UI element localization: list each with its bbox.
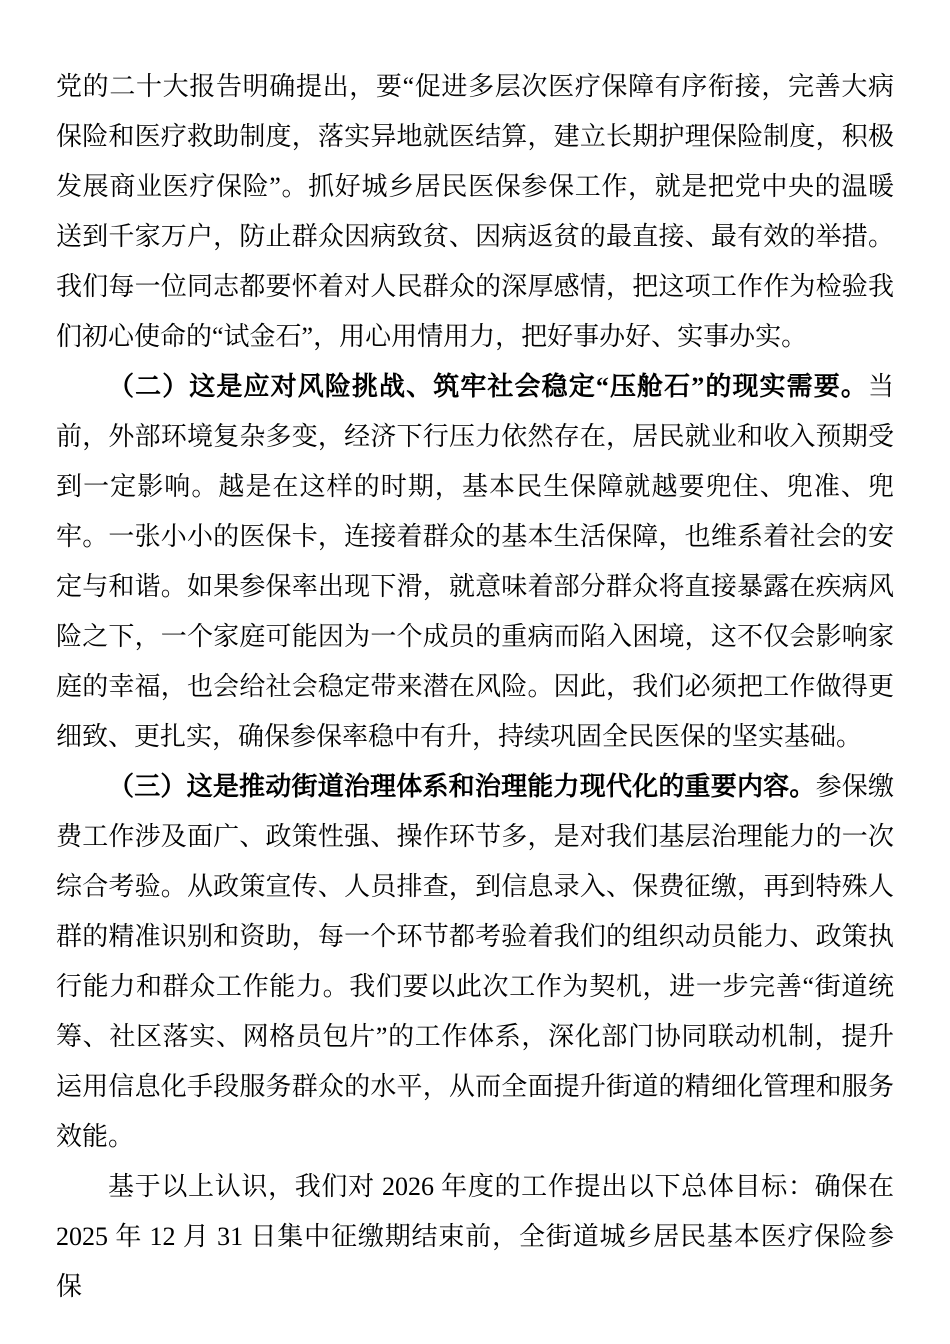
section-3-text: 参保缴费工作涉及面广、政策性强、操作环节多，是对我们基层治理能力的一次综合考验。… [56,772,894,1151]
document-page: 党的二十大报告明确提出，要“促进多层次医疗保障有序衔接，完善大病保险和医疗救助制… [0,0,950,1344]
section-2-text: 当前，外部环境复杂多变，经济下行压力依然存在，居民就业和收入预期受到一定影响。越… [56,372,894,751]
goals-text: 基于以上认识，我们对 2026 年度的工作提出以下总体目标：确保在 2025 年… [56,1172,894,1301]
section-3-heading: （三）这是推动街道治理体系和治理能力现代化的重要内容。 [108,772,816,801]
paragraph-goals: 基于以上认识，我们对 2026 年度的工作提出以下总体目标：确保在 2025 年… [56,1162,894,1312]
paragraph-section-3: （三）这是推动街道治理体系和治理能力现代化的重要内容。参保缴费工作涉及面广、政策… [56,762,894,1162]
section-2-heading: （二）这是应对风险挑战、筑牢社会稳定“压舱石”的现实需要。 [108,372,868,401]
paragraph-continuation: 党的二十大报告明确提出，要“促进多层次医疗保障有序衔接，完善大病保险和医疗救助制… [56,62,894,362]
paragraph-section-2: （二）这是应对风险挑战、筑牢社会稳定“压舱石”的现实需要。当前，外部环境复杂多变… [56,362,894,762]
paragraph-text: 党的二十大报告明确提出，要“促进多层次医疗保障有序衔接，完善大病保险和医疗救助制… [56,72,894,351]
